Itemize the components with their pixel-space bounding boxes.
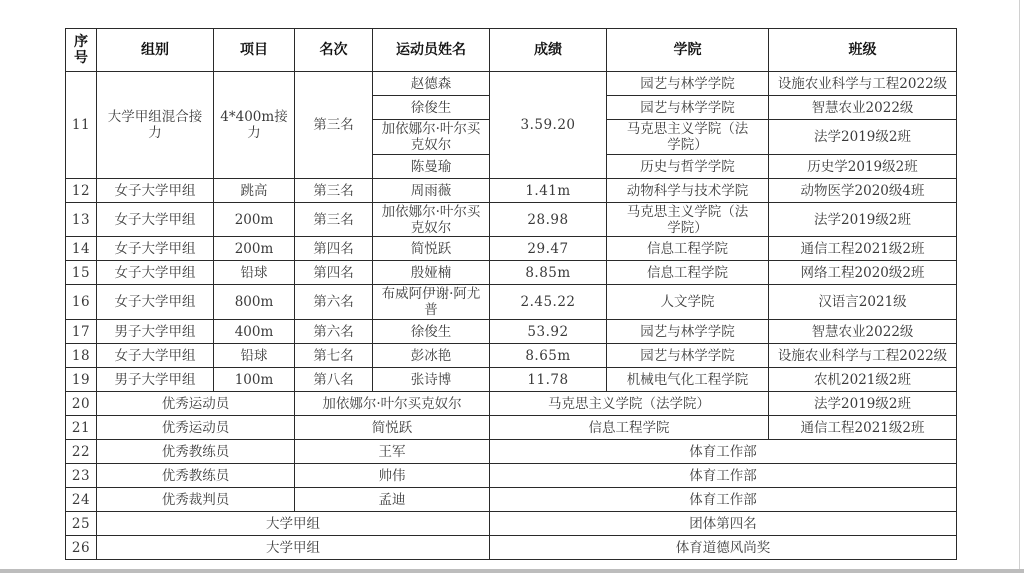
- cell-class: 通信工程2021级2班: [769, 237, 957, 261]
- cell-rank: 第四名: [295, 261, 373, 285]
- cell-class: 农机2021级2班: [769, 368, 957, 392]
- cell-event: 800m: [214, 285, 295, 320]
- cell-award: 优秀教练员: [97, 440, 295, 464]
- cell-seq: 13: [66, 203, 97, 237]
- cell-college: 园艺与林学学院: [607, 96, 769, 120]
- cell-athlete: 殷娅楠: [373, 261, 490, 285]
- cell-rank: 第八名: [295, 368, 373, 392]
- cell-college: 马克思主义学院（法学院）: [607, 203, 769, 237]
- table-row: 20 优秀运动员 加依娜尔·叶尔买克奴尔 马克思主义学院（法学院） 法学2019…: [66, 392, 957, 416]
- cell-name: 加依娜尔·叶尔买克奴尔: [295, 392, 490, 416]
- header-athlete: 运动员姓名: [373, 29, 490, 72]
- cell-college: 园艺与林学学院: [607, 320, 769, 344]
- cell-class: 历史学2019级2班: [769, 155, 957, 179]
- table-row: 12 女子大学甲组 跳高 第三名 周雨薇 1.41m 动物科学与技术学院 动物医…: [66, 179, 957, 203]
- table-row: 22 优秀教练员 王军 体育工作部: [66, 440, 957, 464]
- cell-class: 通信工程2021级2班: [769, 416, 957, 440]
- cell-athlete: 张诗博: [373, 368, 490, 392]
- cell-result: 3.59.20: [490, 72, 607, 179]
- cell-college: 园艺与林学学院: [607, 344, 769, 368]
- cell-rank: 第七名: [295, 344, 373, 368]
- cell-name: 帅伟: [295, 464, 490, 488]
- cell-seq: 21: [66, 416, 97, 440]
- cell-class: 法学2019级2班: [769, 203, 957, 237]
- cell-class: 智慧农业2022级: [769, 320, 957, 344]
- cell-seq: 16: [66, 285, 97, 320]
- cell-result: 8.85m: [490, 261, 607, 285]
- cell-event: 4*400m接力: [214, 72, 295, 179]
- cell-college: 人文学院: [607, 285, 769, 320]
- cell-award: 优秀教练员: [97, 464, 295, 488]
- cell-seq: 20: [66, 392, 97, 416]
- cell-college: 信息工程学院: [607, 261, 769, 285]
- cell-seq: 12: [66, 179, 97, 203]
- cell-result: 28.98: [490, 203, 607, 237]
- cell-event: 200m: [214, 237, 295, 261]
- cell-athlete: 加依娜尔·叶尔买克奴尔: [373, 120, 490, 155]
- cell-group: 男子大学甲组: [97, 320, 214, 344]
- cell-result: 8.65m: [490, 344, 607, 368]
- cell-event: 跳高: [214, 179, 295, 203]
- table-row: 25 大学甲组 团体第四名: [66, 512, 957, 536]
- cell-name: 简悦跃: [295, 416, 490, 440]
- cell-class: 智慧农业2022级: [769, 96, 957, 120]
- cell-award: 优秀运动员: [97, 392, 295, 416]
- cell-award: 体育道德风尚奖: [490, 536, 957, 560]
- cell-seq: 24: [66, 488, 97, 512]
- cell-athlete: 彭冰艳: [373, 344, 490, 368]
- cell-athlete: 陈曼瑜: [373, 155, 490, 179]
- cell-award: 优秀运动员: [97, 416, 295, 440]
- page-edge: [1019, 0, 1020, 573]
- cell-group: 女子大学甲组: [97, 179, 214, 203]
- cell-class: 网络工程2020级2班: [769, 261, 957, 285]
- cell-college: 历史与哲学学院: [607, 155, 769, 179]
- cell-event: 铅球: [214, 261, 295, 285]
- cell-result: 1.41m: [490, 179, 607, 203]
- cell-group: 女子大学甲组: [97, 344, 214, 368]
- cell-event: 200m: [214, 203, 295, 237]
- cell-rank: 第六名: [295, 285, 373, 320]
- cell-athlete: 简悦跃: [373, 237, 490, 261]
- cell-rank: 第三名: [295, 179, 373, 203]
- cell-college: 马克思主义学院（法学院）: [490, 392, 769, 416]
- table-row: 23 优秀教练员 帅伟 体育工作部: [66, 464, 957, 488]
- table-row: 14 女子大学甲组 200m 第四名 简悦跃 29.47 信息工程学院 通信工程…: [66, 237, 957, 261]
- cell-event: 100m: [214, 368, 295, 392]
- cell-seq: 18: [66, 344, 97, 368]
- table-row: 15 女子大学甲组 铅球 第四名 殷娅楠 8.85m 信息工程学院 网络工程20…: [66, 261, 957, 285]
- cell-class: 汉语言2021级: [769, 285, 957, 320]
- header-college: 学院: [607, 29, 769, 72]
- cell-seq: 22: [66, 440, 97, 464]
- table-row: 11 大学甲组混合接力 4*400m接力 第三名 赵德森 3.59.20 园艺与…: [66, 72, 957, 96]
- header-event: 项目: [214, 29, 295, 72]
- cell-group: 男子大学甲组: [97, 368, 214, 392]
- table-row: 24 优秀裁判员 孟迪 体育工作部: [66, 488, 957, 512]
- cell-seq: 11: [66, 72, 97, 179]
- cell-group: 大学甲组: [97, 512, 490, 536]
- cell-unit: 体育工作部: [490, 464, 957, 488]
- cell-result: 2.45.22: [490, 285, 607, 320]
- cell-college: 园艺与林学学院: [607, 72, 769, 96]
- cell-college: 动物科学与技术学院: [607, 179, 769, 203]
- cell-name: 孟迪: [295, 488, 490, 512]
- cell-class: 法学2019级2班: [769, 120, 957, 155]
- cell-class: 法学2019级2班: [769, 392, 957, 416]
- cell-name: 王军: [295, 440, 490, 464]
- cell-athlete: 徐俊生: [373, 320, 490, 344]
- cell-athlete: 周雨薇: [373, 179, 490, 203]
- cell-class: 动物医学2020级4班: [769, 179, 957, 203]
- header-row: 序号 组别 项目 名次 运动员姓名 成绩 学院 班级: [66, 29, 957, 72]
- cell-result: 29.47: [490, 237, 607, 261]
- cell-athlete: 徐俊生: [373, 96, 490, 120]
- cell-seq: 25: [66, 512, 97, 536]
- cell-class: 设施农业科学与工程2022级: [769, 72, 957, 96]
- awards-table: 序号 组别 项目 名次 运动员姓名 成绩 学院 班级 11 大学甲组混合接力 4…: [65, 28, 957, 560]
- cell-seq: 15: [66, 261, 97, 285]
- cell-seq: 23: [66, 464, 97, 488]
- table-row: 26 大学甲组 体育道德风尚奖: [66, 536, 957, 560]
- cell-college: 信息工程学院: [490, 416, 769, 440]
- cell-result: 11.78: [490, 368, 607, 392]
- cell-college: 信息工程学院: [607, 237, 769, 261]
- cell-group: 女子大学甲组: [97, 203, 214, 237]
- cell-unit: 体育工作部: [490, 488, 957, 512]
- cell-athlete: 加依娜尔·叶尔买克奴尔: [373, 203, 490, 237]
- cell-college: 机械电气化工程学院: [607, 368, 769, 392]
- cell-college: 马克思主义学院（法学院）: [607, 120, 769, 155]
- cell-event: 400m: [214, 320, 295, 344]
- cell-result: 53.92: [490, 320, 607, 344]
- table-row: 19 男子大学甲组 100m 第八名 张诗博 11.78 机械电气化工程学院 农…: [66, 368, 957, 392]
- cell-athlete: 布威阿伊谢·阿尤普: [373, 285, 490, 320]
- cell-group: 女子大学甲组: [97, 261, 214, 285]
- cell-group: 女子大学甲组: [97, 237, 214, 261]
- table-row: 21 优秀运动员 简悦跃 信息工程学院 通信工程2021级2班: [66, 416, 957, 440]
- header-rank: 名次: [295, 29, 373, 72]
- cell-group: 女子大学甲组: [97, 285, 214, 320]
- page-edge: [0, 569, 1024, 573]
- cell-rank: 第三名: [295, 72, 373, 179]
- cell-unit: 体育工作部: [490, 440, 957, 464]
- header-result: 成绩: [490, 29, 607, 72]
- cell-award: 团体第四名: [490, 512, 957, 536]
- cell-seq: 17: [66, 320, 97, 344]
- table-row: 13 女子大学甲组 200m 第三名 加依娜尔·叶尔买克奴尔 28.98 马克思…: [66, 203, 957, 237]
- table-row: 18 女子大学甲组 铅球 第七名 彭冰艳 8.65m 园艺与林学学院 设施农业科…: [66, 344, 957, 368]
- table-row: 17 男子大学甲组 400m 第六名 徐俊生 53.92 园艺与林学学院 智慧农…: [66, 320, 957, 344]
- cell-event: 铅球: [214, 344, 295, 368]
- cell-award: 优秀裁判员: [97, 488, 295, 512]
- cell-seq: 26: [66, 536, 97, 560]
- cell-seq: 19: [66, 368, 97, 392]
- table-row: 16 女子大学甲组 800m 第六名 布威阿伊谢·阿尤普 2.45.22 人文学…: [66, 285, 957, 320]
- cell-seq: 14: [66, 237, 97, 261]
- cell-rank: 第三名: [295, 203, 373, 237]
- header-seq: 序号: [66, 29, 97, 72]
- cell-rank: 第四名: [295, 237, 373, 261]
- cell-rank: 第六名: [295, 320, 373, 344]
- header-group: 组别: [97, 29, 214, 72]
- cell-class: 设施农业科学与工程2022级: [769, 344, 957, 368]
- cell-group: 大学甲组混合接力: [97, 72, 214, 179]
- cell-group: 大学甲组: [97, 536, 490, 560]
- header-class: 班级: [769, 29, 957, 72]
- cell-athlete: 赵德森: [373, 72, 490, 96]
